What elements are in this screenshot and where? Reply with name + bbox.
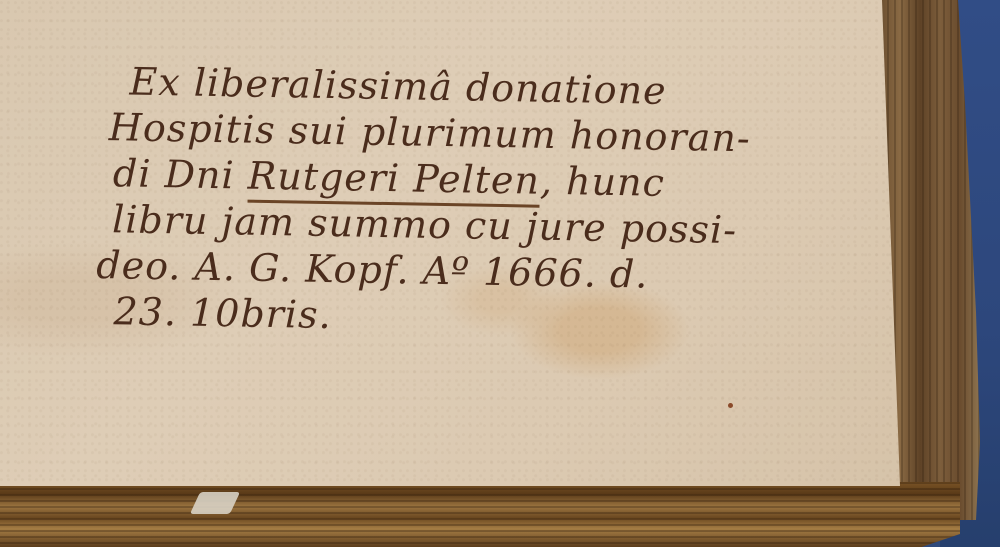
ink-spot [728,403,733,408]
inscription-line-2: Hospitis sui plurimum honoran- [98,104,751,161]
inscription-line-4: libru jam summo cu jure possi- [97,196,750,253]
endpaper: Ex liberalissimâ donatione Hospitis sui … [0,0,900,486]
underlined-name: Rutgeri Pelten [247,154,540,208]
inscription-line-3-start: di Dni [113,151,235,197]
inscription-line-3: di Dni Rutgeri Pelten, hunc [98,150,751,207]
handwritten-inscription: Ex liberalissimâ donatione Hospitis sui … [95,58,752,345]
inscription-line-6: 23. 10bris. [95,288,748,345]
inscription-line-5: deo. A. G. Kopf. Aº 1666. d. [96,242,749,299]
book-photo: Ex liberalissimâ donatione Hospitis sui … [0,0,1000,547]
inscription-line-1: Ex liberalissimâ donatione [99,58,752,115]
inscription-line-3-end: , hunc [540,159,666,205]
page-edges-bottom [0,482,960,547]
